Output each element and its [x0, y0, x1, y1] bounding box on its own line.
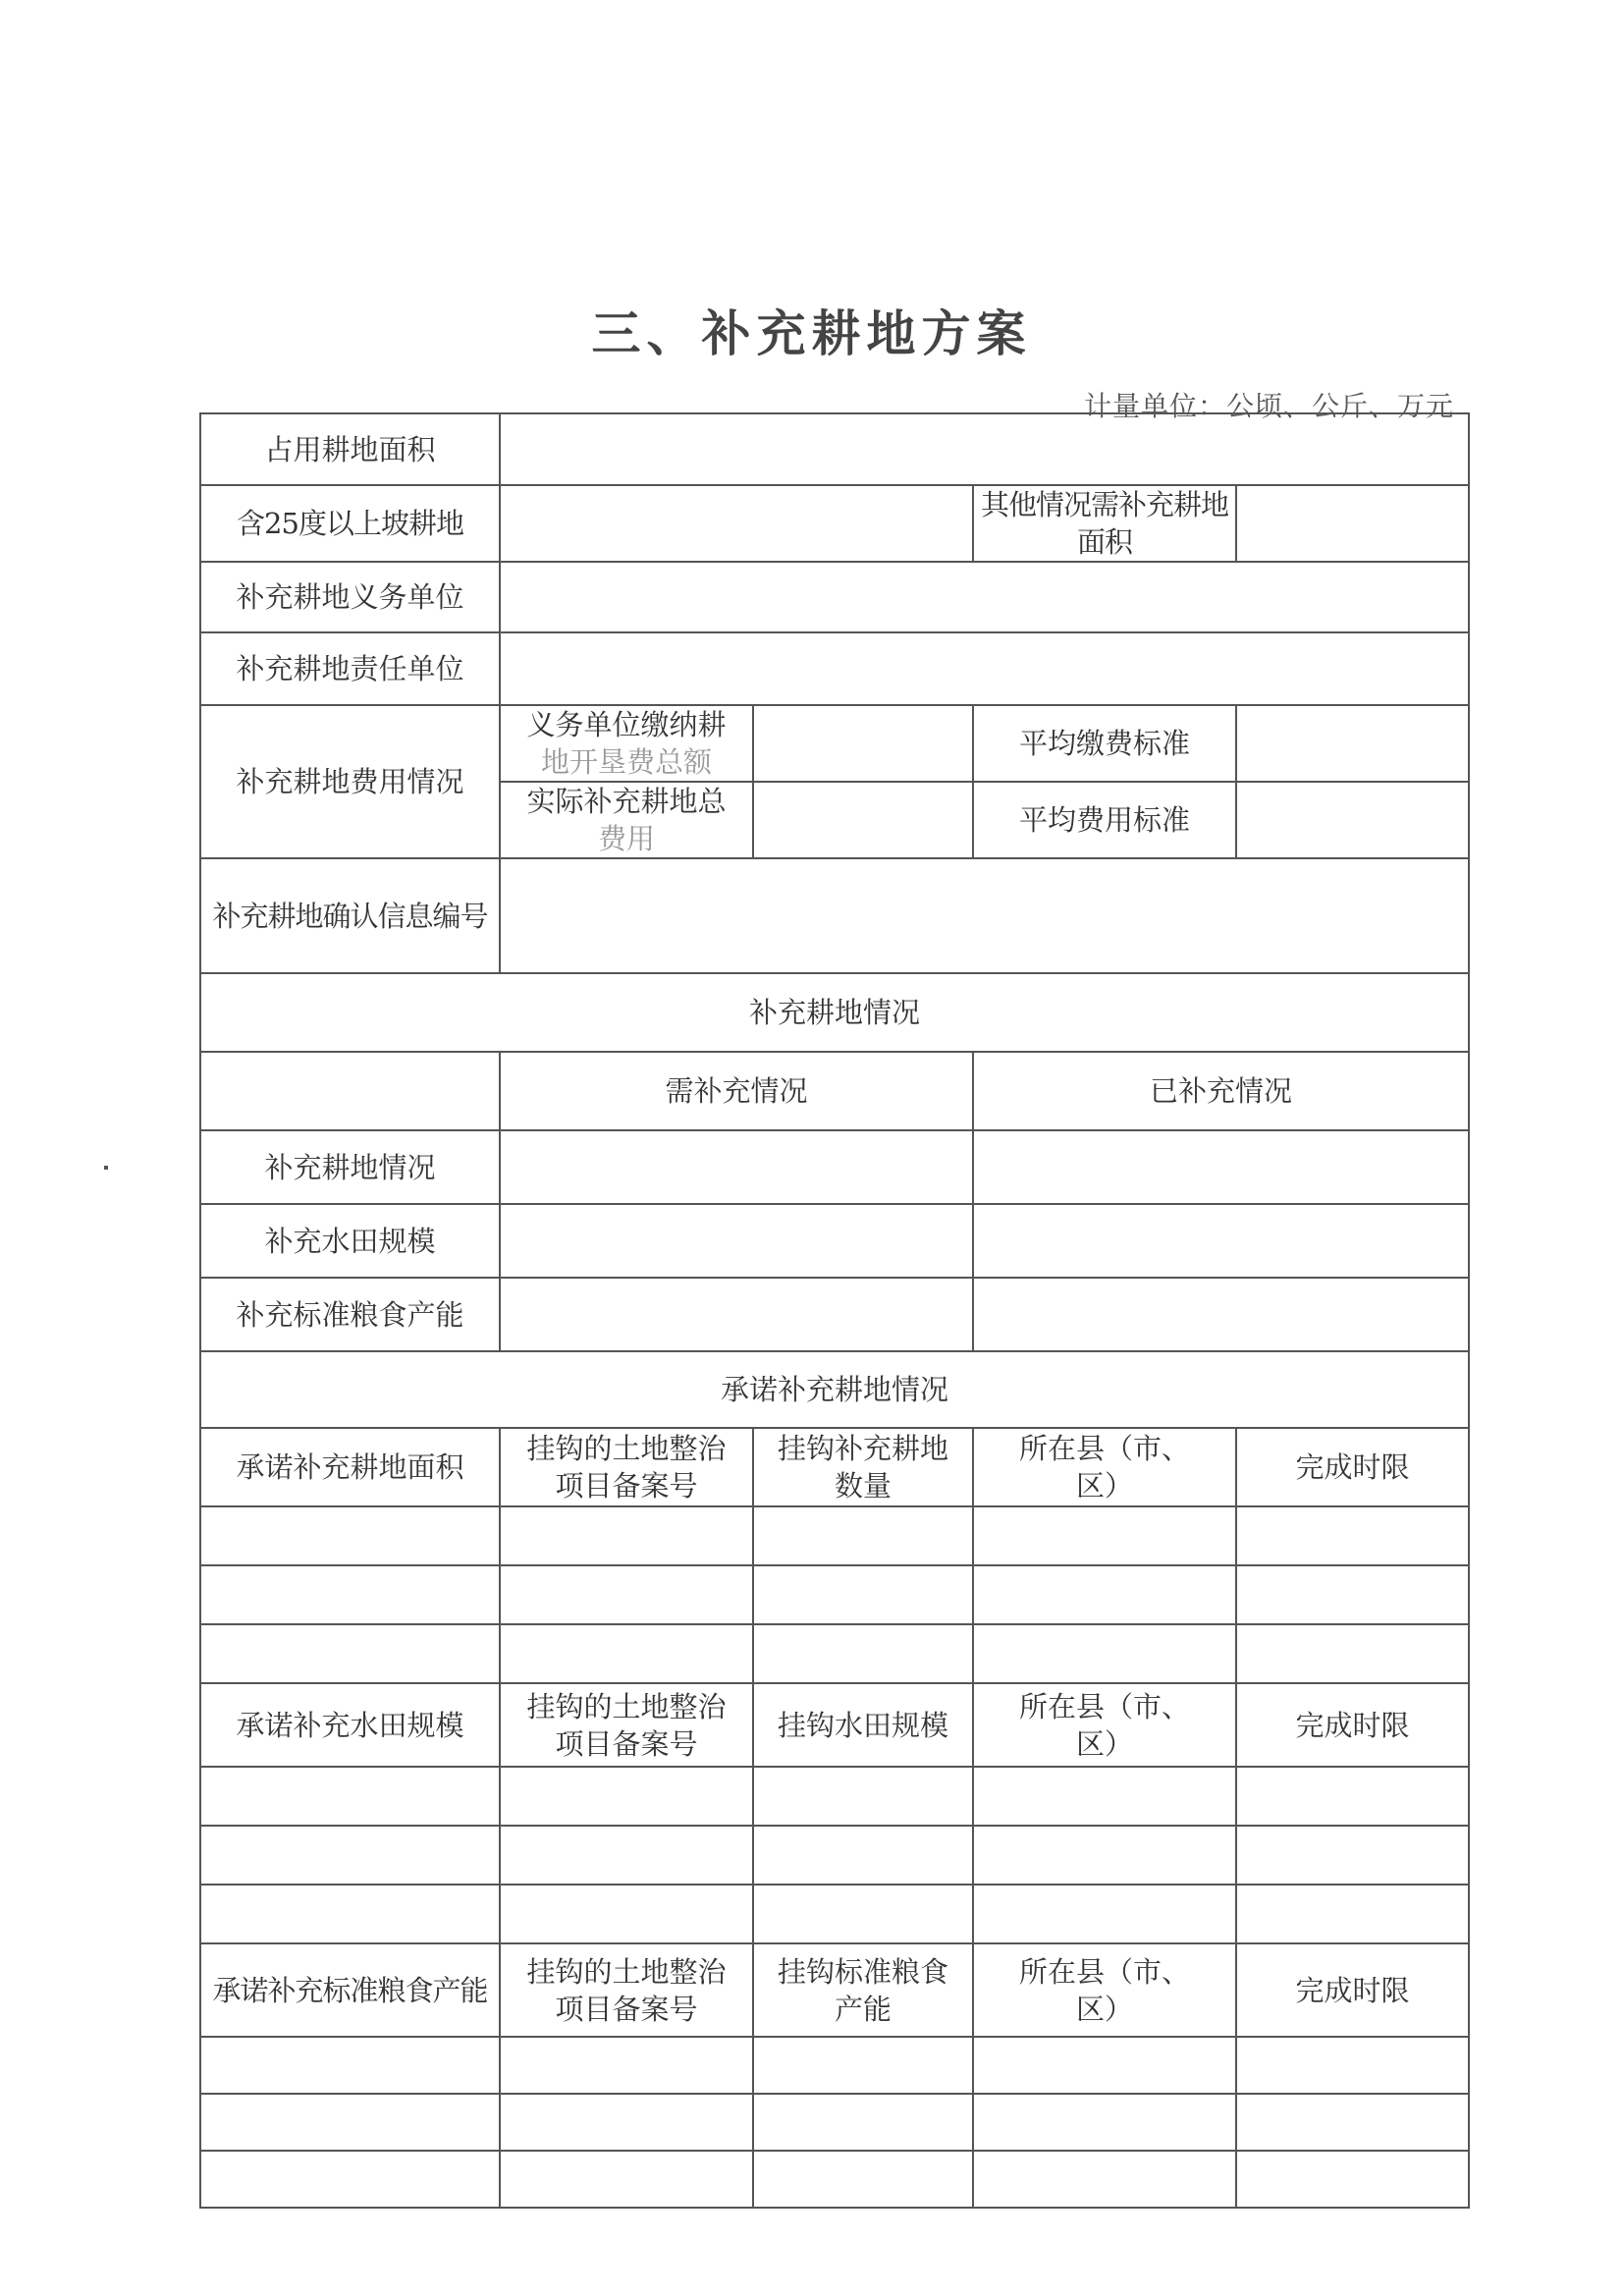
table-row — [200, 1767, 1469, 1826]
cell[interactable] — [500, 2151, 753, 2208]
scan-speck — [104, 1166, 108, 1170]
cell[interactable] — [973, 2151, 1236, 2208]
cell[interactable] — [200, 2094, 500, 2151]
paid-total-label: 义务单位缴纳耕 地开垦费总额 — [500, 705, 753, 782]
actual-cost-label: 实际补充耕地总 费用 — [500, 782, 753, 858]
deadline-header: 完成时限 — [1236, 1943, 1469, 2037]
col-done-header: 已补充情况 — [973, 1052, 1469, 1130]
header-line: 数量 — [758, 1467, 968, 1504]
slope-land-field[interactable] — [500, 485, 973, 562]
cell[interactable] — [753, 1826, 973, 1885]
paid-total-label-line2: 地开垦费总额 — [505, 743, 748, 781]
cell[interactable] — [200, 2151, 500, 2208]
other-area-field[interactable] — [1236, 485, 1469, 562]
cell[interactable] — [500, 1624, 753, 1683]
cell[interactable] — [1236, 2151, 1469, 2208]
cell[interactable] — [200, 1826, 500, 1885]
cell[interactable] — [500, 1885, 753, 1943]
project-record-no-header: 挂钩的土地整治 项目备案号 — [500, 1428, 753, 1506]
header-line: 项目备案号 — [505, 1467, 748, 1504]
header-line: 挂钩的土地整治 — [505, 1430, 748, 1467]
header-line: 所在县（市、 — [978, 1953, 1231, 1991]
other-area-label: 其他情况需补充耕地面积 — [973, 485, 1236, 562]
cell[interactable] — [200, 1565, 500, 1624]
cell[interactable] — [200, 2037, 500, 2094]
header-line: 挂钩的土地整治 — [505, 1953, 748, 1991]
cell[interactable] — [973, 1506, 1236, 1565]
table-row — [200, 1565, 1469, 1624]
cell[interactable] — [753, 1624, 973, 1683]
actual-cost-field[interactable] — [753, 782, 973, 858]
table-row — [200, 2037, 1469, 2094]
responsible-unit-label: 补充耕地责任单位 — [200, 632, 500, 705]
supplement-row-label: 补充耕地情况 — [200, 1130, 500, 1204]
grain-row-label: 补充标准粮食产能 — [200, 1278, 500, 1351]
header-line: 所在县（市、 — [978, 1688, 1231, 1725]
supplement-farmland-plan-table: 占用耕地面积 含25度以上坡耕地 其他情况需补充耕地面积 补充耕地义务单位 补充… — [199, 412, 1470, 2209]
obligation-unit-field[interactable] — [500, 562, 1469, 632]
cell[interactable] — [753, 2151, 973, 2208]
grain-done-field[interactable] — [973, 1278, 1469, 1351]
cell[interactable] — [500, 2037, 753, 2094]
linked-grain-header: 挂钩标准粮食 产能 — [753, 1943, 973, 2037]
cell[interactable] — [973, 2037, 1236, 2094]
confirm-no-label: 补充耕地确认信息编号 — [200, 858, 500, 973]
cell[interactable] — [500, 1767, 753, 1826]
header-line: 挂钩标准粮食 — [758, 1953, 968, 1991]
cell[interactable] — [753, 2037, 973, 2094]
cell[interactable] — [973, 1624, 1236, 1683]
table-row — [200, 1826, 1469, 1885]
table-row — [200, 1506, 1469, 1565]
responsible-unit-field[interactable] — [500, 632, 1469, 705]
header-line: 所在县（市、 — [978, 1430, 1231, 1467]
deadline-header: 完成时限 — [1236, 1428, 1469, 1506]
cell[interactable] — [973, 1885, 1236, 1943]
obligation-unit-label: 补充耕地义务单位 — [200, 562, 500, 632]
cell[interactable] — [500, 1826, 753, 1885]
supplement-needed-field[interactable] — [500, 1130, 973, 1204]
header-line: 项目备案号 — [505, 1991, 748, 2028]
cell[interactable] — [1236, 1885, 1469, 1943]
cell[interactable] — [1236, 1565, 1469, 1624]
cell[interactable] — [753, 1767, 973, 1826]
cell[interactable] — [1236, 2094, 1469, 2151]
avg-paid-field[interactable] — [1236, 705, 1469, 782]
county-header: 所在县（市、 区） — [973, 1683, 1236, 1767]
header-line: 挂钩的土地整治 — [505, 1688, 748, 1725]
deadline-header: 完成时限 — [1236, 1683, 1469, 1767]
supplement-header-blank — [200, 1052, 500, 1130]
header-line: 产能 — [758, 1991, 968, 2028]
cell[interactable] — [200, 1506, 500, 1565]
promise-section-title: 承诺补充耕地情况 — [200, 1351, 1469, 1428]
confirm-no-field[interactable] — [500, 858, 1469, 973]
cell[interactable] — [1236, 1624, 1469, 1683]
promise-paddy-label: 承诺补充水田规模 — [200, 1683, 500, 1767]
project-record-no-header: 挂钩的土地整治 项目备案号 — [500, 1683, 753, 1767]
paid-total-field[interactable] — [753, 705, 973, 782]
header-line: 区） — [978, 1991, 1231, 2028]
table-row — [200, 1624, 1469, 1683]
cell[interactable] — [1236, 2037, 1469, 2094]
linked-area-header: 挂钩补充耕地 数量 — [753, 1428, 973, 1506]
cell[interactable] — [200, 1885, 500, 1943]
occupied-area-field[interactable] — [500, 413, 1469, 485]
col-needed-header: 需补充情况 — [500, 1052, 973, 1130]
cell[interactable] — [973, 1767, 1236, 1826]
avg-paid-label: 平均缴费标准 — [973, 705, 1236, 782]
cell[interactable] — [500, 1565, 753, 1624]
cell[interactable] — [973, 2094, 1236, 2151]
supplement-section-title: 补充耕地情况 — [200, 973, 1469, 1052]
cell[interactable] — [753, 1506, 973, 1565]
cell[interactable] — [500, 1506, 753, 1565]
avg-cost-field[interactable] — [1236, 782, 1469, 858]
paddy-needed-field[interactable] — [500, 1204, 973, 1278]
header-line: 挂钩补充耕地 — [758, 1430, 968, 1467]
cell[interactable] — [973, 1826, 1236, 1885]
project-record-no-header: 挂钩的土地整治 项目备案号 — [500, 1943, 753, 2037]
cell[interactable] — [200, 1767, 500, 1826]
promise-area-label: 承诺补充耕地面积 — [200, 1428, 500, 1506]
cell[interactable] — [973, 1565, 1236, 1624]
header-line: 区） — [978, 1725, 1231, 1763]
paddy-done-field[interactable] — [973, 1204, 1469, 1278]
supplement-done-field[interactable] — [973, 1130, 1469, 1204]
table-row — [200, 1885, 1469, 1943]
actual-cost-label-line1: 实际补充耕地总 — [505, 783, 748, 820]
header-line: 区） — [978, 1467, 1231, 1504]
cell[interactable] — [200, 1624, 500, 1683]
header-line: 项目备案号 — [505, 1725, 748, 1763]
cell[interactable] — [500, 2094, 753, 2151]
cell[interactable] — [753, 1565, 973, 1624]
cell[interactable] — [1236, 1506, 1469, 1565]
cell[interactable] — [753, 1885, 973, 1943]
cell[interactable] — [1236, 1767, 1469, 1826]
page-title: 三、补充耕地方案 — [0, 295, 1623, 365]
slope-land-label: 含25度以上坡耕地 — [200, 485, 500, 562]
linked-paddy-header: 挂钩水田规模 — [753, 1683, 973, 1767]
actual-cost-label-line2: 费用 — [505, 820, 748, 857]
table-row — [200, 2094, 1469, 2151]
paddy-row-label: 补充水田规模 — [200, 1204, 500, 1278]
grain-needed-field[interactable] — [500, 1278, 973, 1351]
paid-total-label-line1: 义务单位缴纳耕 — [505, 706, 748, 743]
cost-label: 补充耕地费用情况 — [200, 705, 500, 858]
table-row — [200, 2151, 1469, 2208]
avg-cost-label: 平均费用标准 — [973, 782, 1236, 858]
promise-grain-label: 承诺补充标准粮食产能 — [200, 1943, 500, 2037]
occupied-area-label: 占用耕地面积 — [200, 413, 500, 485]
cell[interactable] — [753, 2094, 973, 2151]
cell[interactable] — [1236, 1826, 1469, 1885]
county-header: 所在县（市、 区） — [973, 1428, 1236, 1506]
county-header: 所在县（市、 区） — [973, 1943, 1236, 2037]
